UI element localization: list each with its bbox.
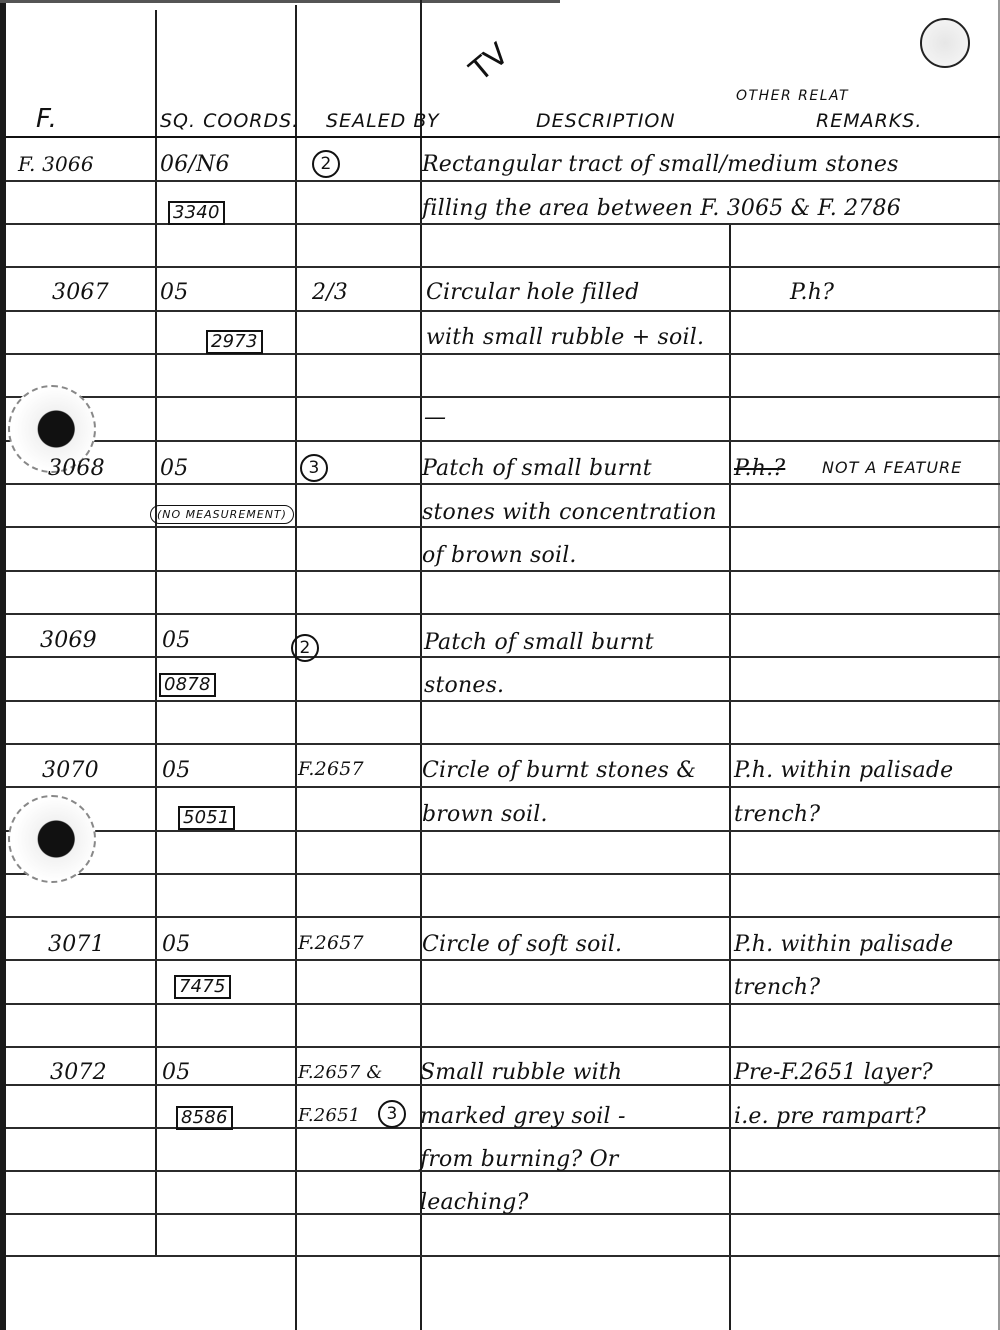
description-line: Circle of soft soil. (422, 932, 622, 957)
description-line: brown soil. (422, 802, 548, 827)
header-rule (6, 136, 1000, 138)
description-line: of brown soil. (422, 543, 577, 568)
remarks-struck-text: P.h.? (734, 456, 785, 481)
measurement-box: 8586 (176, 1106, 233, 1130)
square-coords: 05 (160, 456, 188, 481)
ruled-line (6, 743, 1000, 745)
sealed-by: 3 (300, 454, 328, 482)
description-line: marked grey soil - (420, 1104, 626, 1129)
description-line: Patch of small burnt (422, 456, 652, 481)
sealed-by: 2/3 (312, 280, 348, 305)
description-line: Circle of burnt stones & (422, 758, 696, 783)
remarks-line: P.h. within palisade (734, 932, 953, 957)
measurement-box: 7475 (174, 975, 231, 999)
header-feature: F. (36, 104, 58, 134)
header-sealed-by: SEALED BY (326, 110, 440, 132)
ruled-line (6, 613, 1000, 615)
description-line: stones with concentration (422, 500, 717, 525)
sealed-by: 3 (378, 1100, 406, 1128)
header-description: DESCRIPTION (536, 110, 676, 132)
description-line: Patch of small burnt (424, 630, 654, 655)
description-line: Rectangular tract of small/medium stones (422, 152, 899, 177)
square-coords: 05 (162, 932, 190, 957)
description-line: Circular hole filled (426, 280, 639, 305)
feature-number: 3069 (40, 628, 97, 653)
ruled-line (6, 223, 1000, 225)
ruled-line (6, 959, 1000, 961)
description-line: from burning? Or (420, 1147, 619, 1172)
feature-number: 3071 (48, 932, 105, 957)
ruled-line (6, 916, 1000, 918)
description-line: leaching? (420, 1190, 529, 1215)
punch-hole-icon (8, 795, 96, 883)
measurement-box: 2973 (206, 330, 263, 354)
sealed-by-line: F.2651 (298, 1105, 360, 1126)
ruled-line (6, 483, 1000, 485)
ruled-line (6, 440, 1000, 442)
sealed-by: F.2657 (298, 758, 364, 780)
ruled-line (6, 396, 1000, 398)
square-coords: 05 (162, 1060, 190, 1085)
ruled-line (6, 310, 1000, 312)
remarks-line: trench? (734, 975, 820, 1000)
header-other-relat: OTHER RELAT (736, 88, 849, 104)
ruled-line (6, 266, 1000, 268)
sealed-by-line: F.2657 & (298, 1062, 383, 1083)
ruled-line (6, 526, 1000, 528)
ruled-line (6, 353, 1000, 355)
square-coords: 05 (162, 758, 190, 783)
separator-dash: — (424, 405, 446, 430)
ruled-line (6, 830, 1000, 832)
remarks-line: Pre-F.2651 layer? (734, 1060, 933, 1085)
feature-number: 3068 (48, 456, 105, 481)
description-line: filling the area between F. 3065 & F. 27… (422, 196, 901, 221)
ruled-line (6, 1003, 1000, 1005)
sealed-by-circled: 2 (312, 150, 340, 178)
feature-number: 3067 (52, 280, 109, 305)
square-coords: 05 (162, 628, 190, 653)
ruled-line (6, 873, 1000, 875)
feature-number: 3072 (50, 1060, 107, 1085)
sealed-by-circled: 2 (291, 634, 319, 662)
remarks-line: trench? (734, 802, 820, 827)
feature-number: F. 3066 (18, 152, 94, 176)
column-rule-2 (295, 5, 297, 1330)
sealed-by-circled: 3 (378, 1100, 406, 1128)
remarks-line: P.h? (790, 280, 834, 305)
ruled-line (6, 656, 1000, 658)
ruled-line (6, 700, 1000, 702)
remarks-caps: NOT A FEATURE (822, 458, 962, 477)
column-rule-4 (729, 223, 731, 1330)
square-coords: 06/N6 (160, 152, 230, 177)
ruled-line (6, 1046, 1000, 1048)
sealed-by: 2 (312, 150, 340, 178)
remarks-struck: P.h.? (734, 456, 785, 481)
remarks-line: P.h. within palisade (734, 758, 953, 783)
scan-edge-top (0, 0, 560, 3)
measurement-box: 3340 (168, 201, 225, 225)
square-coords: 05 (160, 280, 188, 305)
measurement-box: 0878 (159, 673, 216, 697)
description-line: with small rubble + soil. (426, 325, 704, 350)
measurement-box: 5051 (178, 806, 235, 830)
ruled-line (6, 180, 1000, 182)
initials-mark: TV (463, 37, 515, 89)
register-sheet: TV F. SQ. COORDS. SEALED BY DESCRIPTION … (0, 0, 1000, 1330)
stamp-circle-icon (920, 18, 970, 68)
ruled-line (6, 1255, 1000, 1257)
header-coords: SQ. COORDS. (160, 110, 299, 132)
remarks-line: i.e. pre rampart? (734, 1104, 926, 1129)
sealed-by: 2 (291, 634, 319, 662)
column-rule-1 (155, 10, 157, 1256)
header-remarks: REMARKS. (816, 110, 922, 132)
description-line: Small rubble with (420, 1060, 622, 1085)
sealed-by: F.2657 (298, 932, 364, 954)
ruled-line (6, 570, 1000, 572)
description-line: stones. (424, 673, 504, 698)
no-measurement-note: (NO MEASUREMENT) (150, 505, 294, 524)
sealed-by-circled: 3 (300, 454, 328, 482)
feature-number: 3070 (42, 758, 99, 783)
ruled-line (6, 786, 1000, 788)
scan-edge-left (0, 0, 6, 1330)
